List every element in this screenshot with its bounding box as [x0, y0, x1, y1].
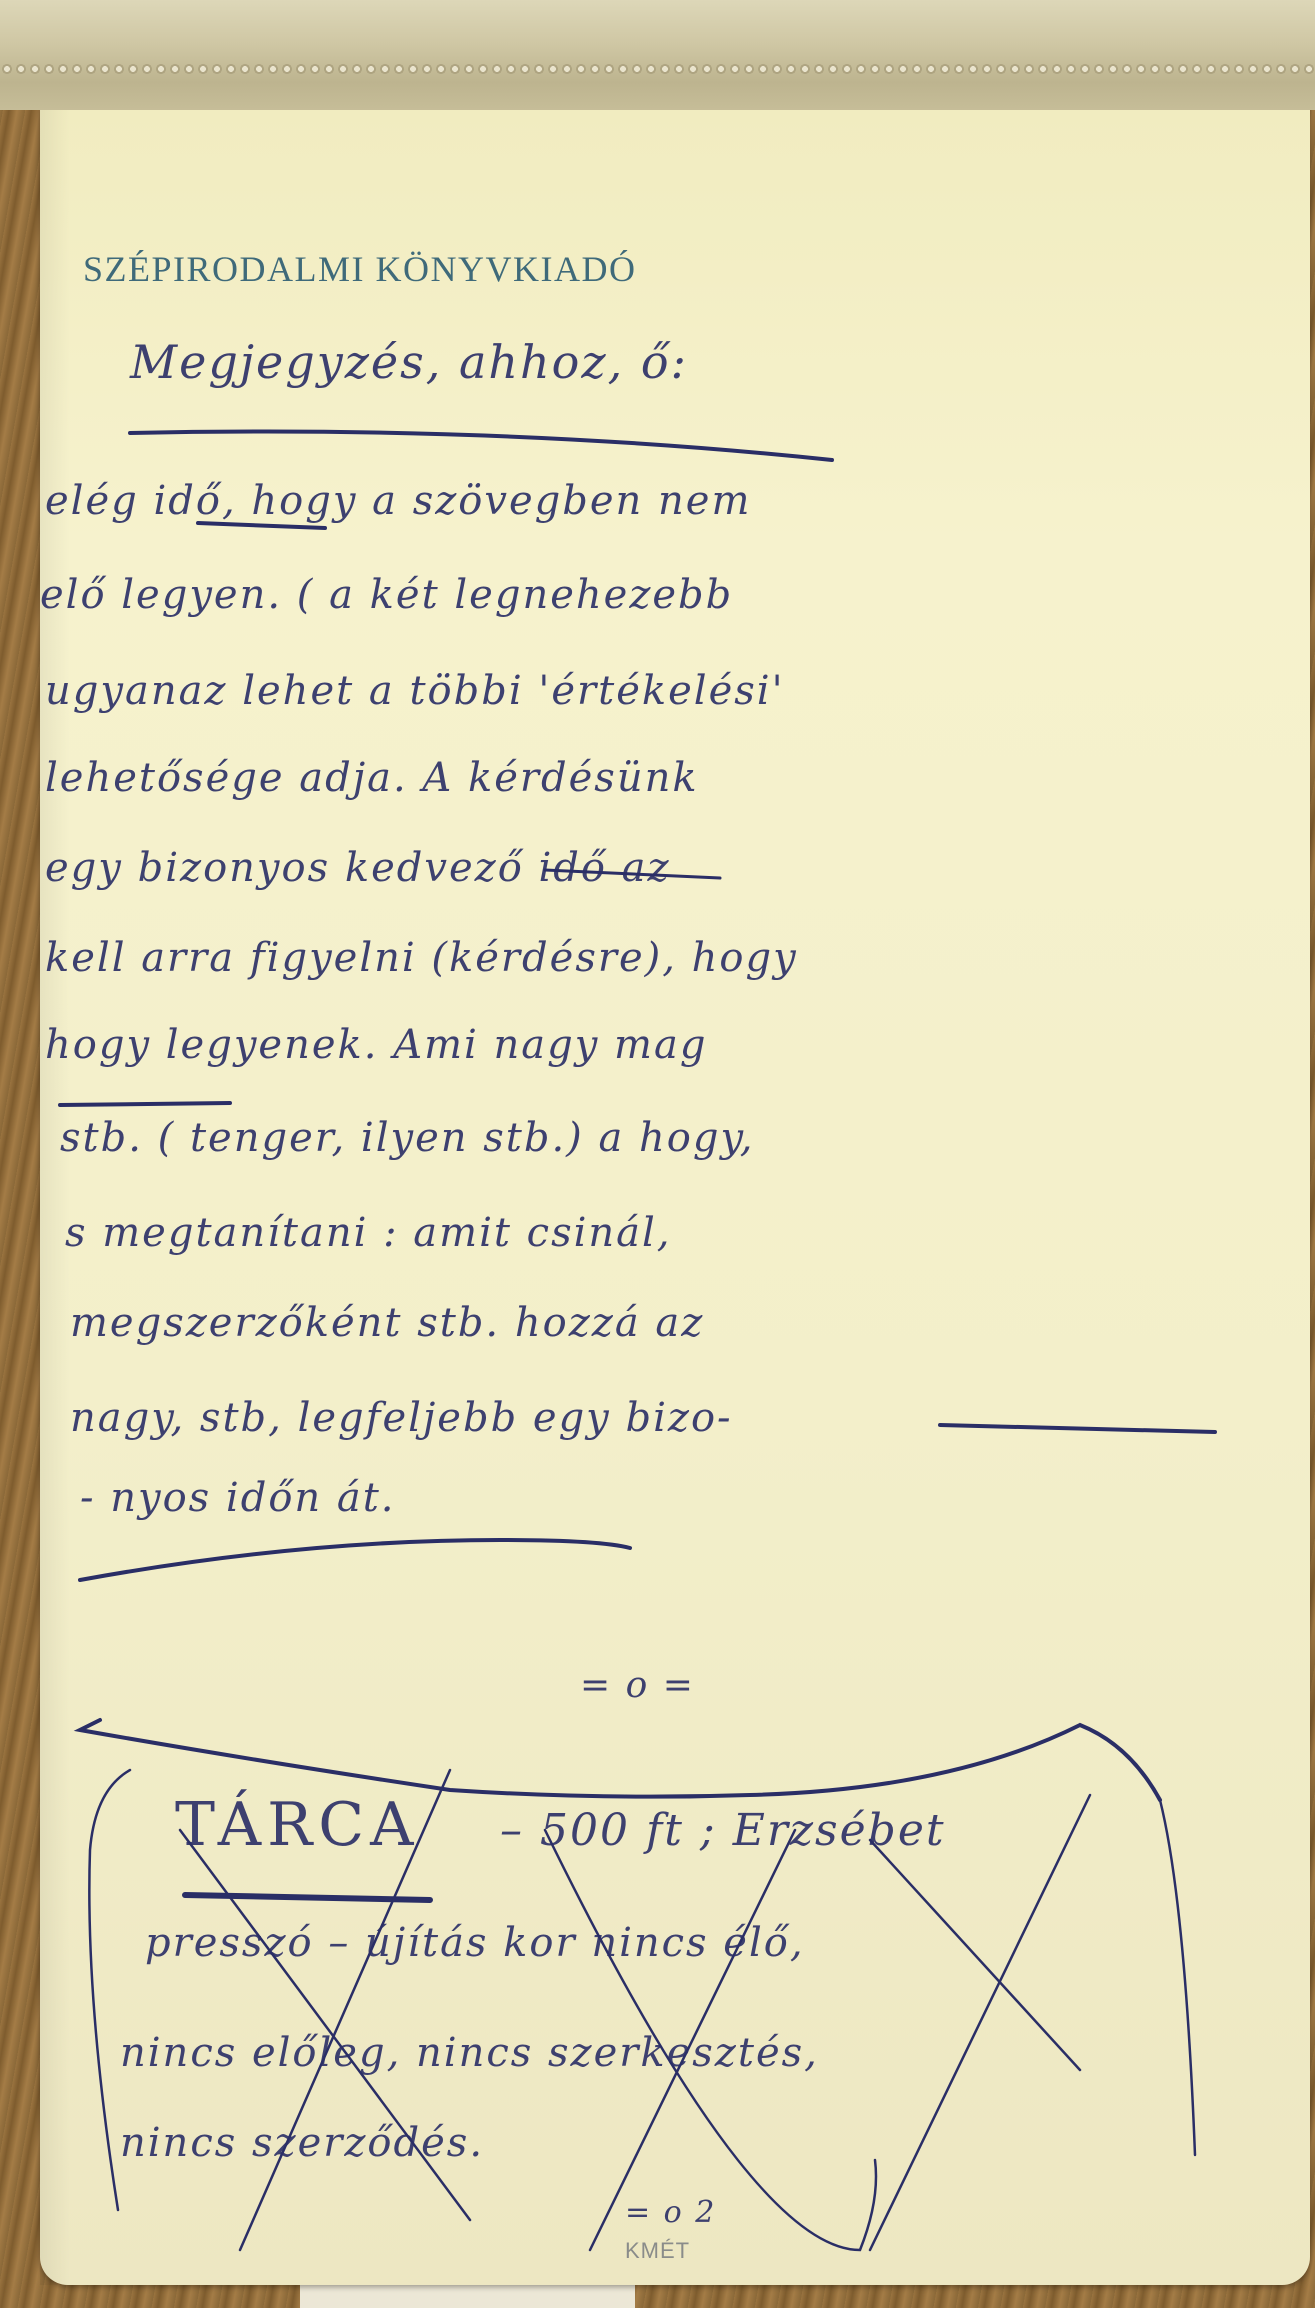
notepad-binding	[0, 0, 1315, 110]
crossed-line-4: nincs szerződés.	[120, 2120, 484, 2166]
crossed-title-tarca: TÁRCA	[175, 1790, 419, 1860]
body-line-9: s megtanítani : amit csinál,	[65, 1210, 672, 1256]
page-shadow	[40, 105, 70, 2285]
body-line-3: ugyanaz lehet a többi 'értékelési'	[45, 668, 785, 714]
body-line-8: stb. ( tenger, ilyen stb.) a hogy,	[60, 1115, 754, 1161]
body-line-2: elő legyen. ( a két legnehezebb	[40, 572, 733, 618]
binding-perforation	[0, 62, 1315, 76]
body-line-10: megszerzőként stb. hozzá az	[70, 1300, 704, 1346]
crossed-line-1: – 500 ft ; Erzsébet	[500, 1805, 946, 1856]
body-line-7: hogy legyenek. Ami nagy mag	[45, 1022, 707, 1068]
body-line-11: nagy, stb, legfeljebb egy bizo-	[70, 1395, 733, 1441]
crossed-line-2: presszó – újítás kor nincs élő,	[145, 1920, 805, 1966]
letterhead: SZÉPIRODALMI KÖNYVKIADÓ	[83, 248, 636, 290]
body-line-6: kell arra figyelni (kérdésre), hogy	[45, 935, 798, 981]
handwritten-heading: Megjegyzés, ahhoz, ő:	[130, 335, 688, 389]
crossed-line-3: nincs előleg, nincs szerkesztés,	[120, 2030, 819, 2076]
footer-mark: = o 2	[625, 2195, 716, 2230]
body-line-12: - nyos időn át.	[80, 1475, 396, 1521]
section-separator: = o =	[580, 1665, 695, 1706]
body-line-1: elég idő, hogy a szövegben nem	[45, 478, 751, 524]
archive-stamp: KMÉT	[625, 2238, 690, 2264]
body-line-4: lehetősége adja. A kérdésünk	[45, 755, 699, 801]
body-line-5: egy bizonyos kedvező idő az	[45, 845, 671, 891]
